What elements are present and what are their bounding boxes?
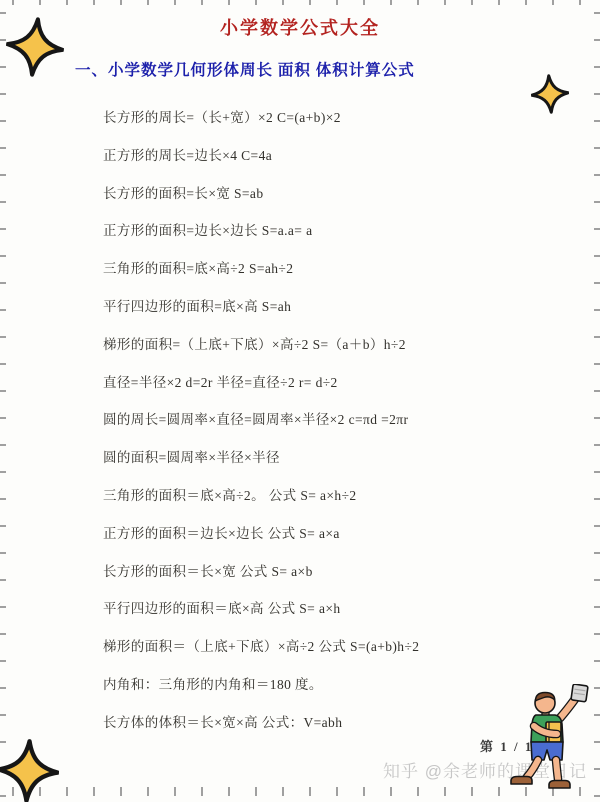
formula-line: 正方形的周长=边长×4 C=4a <box>103 137 586 175</box>
document-page: 小学数学公式大全 一、小学数学几何形体周长 面积 体积计算公式 长方形的周长=（… <box>0 0 600 802</box>
formula-line: 正方形的面积=边长×边长 S=a.a= a <box>103 212 586 250</box>
formula-line: 长方形的周长=（长+宽）×2 C=(a+b)×2 <box>103 99 586 137</box>
formula-line: 平行四边形的面积=底×高 S=ah <box>103 288 586 326</box>
tick-border-top <box>0 0 600 5</box>
sparkle-star-icon <box>529 70 570 119</box>
formula-line: 梯形的面积=（上底+下底）×高÷2 S=（a＋b）h÷2 <box>103 326 586 364</box>
formula-line: 长方形的面积=长×宽 S=ab <box>103 175 586 213</box>
formula-line: 直径=半径×2 d=2r 半径=直径÷2 r= d÷2 <box>103 364 586 402</box>
sparkle-star-icon <box>3 14 67 80</box>
formula-line: 梯形的面积＝（上底+下底）×高÷2 公式 S=(a+b)h÷2 <box>103 628 586 666</box>
formula-line: 三角形的面积＝底×高÷2。 公式 S= a×h÷2 <box>103 477 586 515</box>
tick-border-left <box>0 0 6 802</box>
formula-line: 三角形的面积=底×高÷2 S=ah÷2 <box>103 250 586 288</box>
formula-line: 圆的周长=圆周率×直径=圆周率×半径×2 c=πd =2πr <box>103 401 586 439</box>
section-heading: 一、小学数学几何形体周长 面积 体积计算公式 <box>75 58 415 80</box>
page-title: 小学数学公式大全 <box>0 14 600 40</box>
formula-list: 长方形的周长=（长+宽）×2 C=(a+b)×2正方形的周长=边长×4 C=4a… <box>103 99 586 742</box>
formula-line: 平行四边形的面积＝底×高 公式 S= a×h <box>103 590 586 628</box>
tick-border-right <box>594 0 600 802</box>
formula-line: 圆的面积=圆周率×半径×半径 <box>103 439 586 477</box>
formula-line: 长方形的面积＝长×宽 公式 S= a×b <box>103 553 586 591</box>
student-character-illustration <box>503 684 593 794</box>
formula-line: 正方形的面积＝边长×边长 公式 S= a×a <box>103 515 586 553</box>
sparkle-star-icon <box>0 737 61 802</box>
